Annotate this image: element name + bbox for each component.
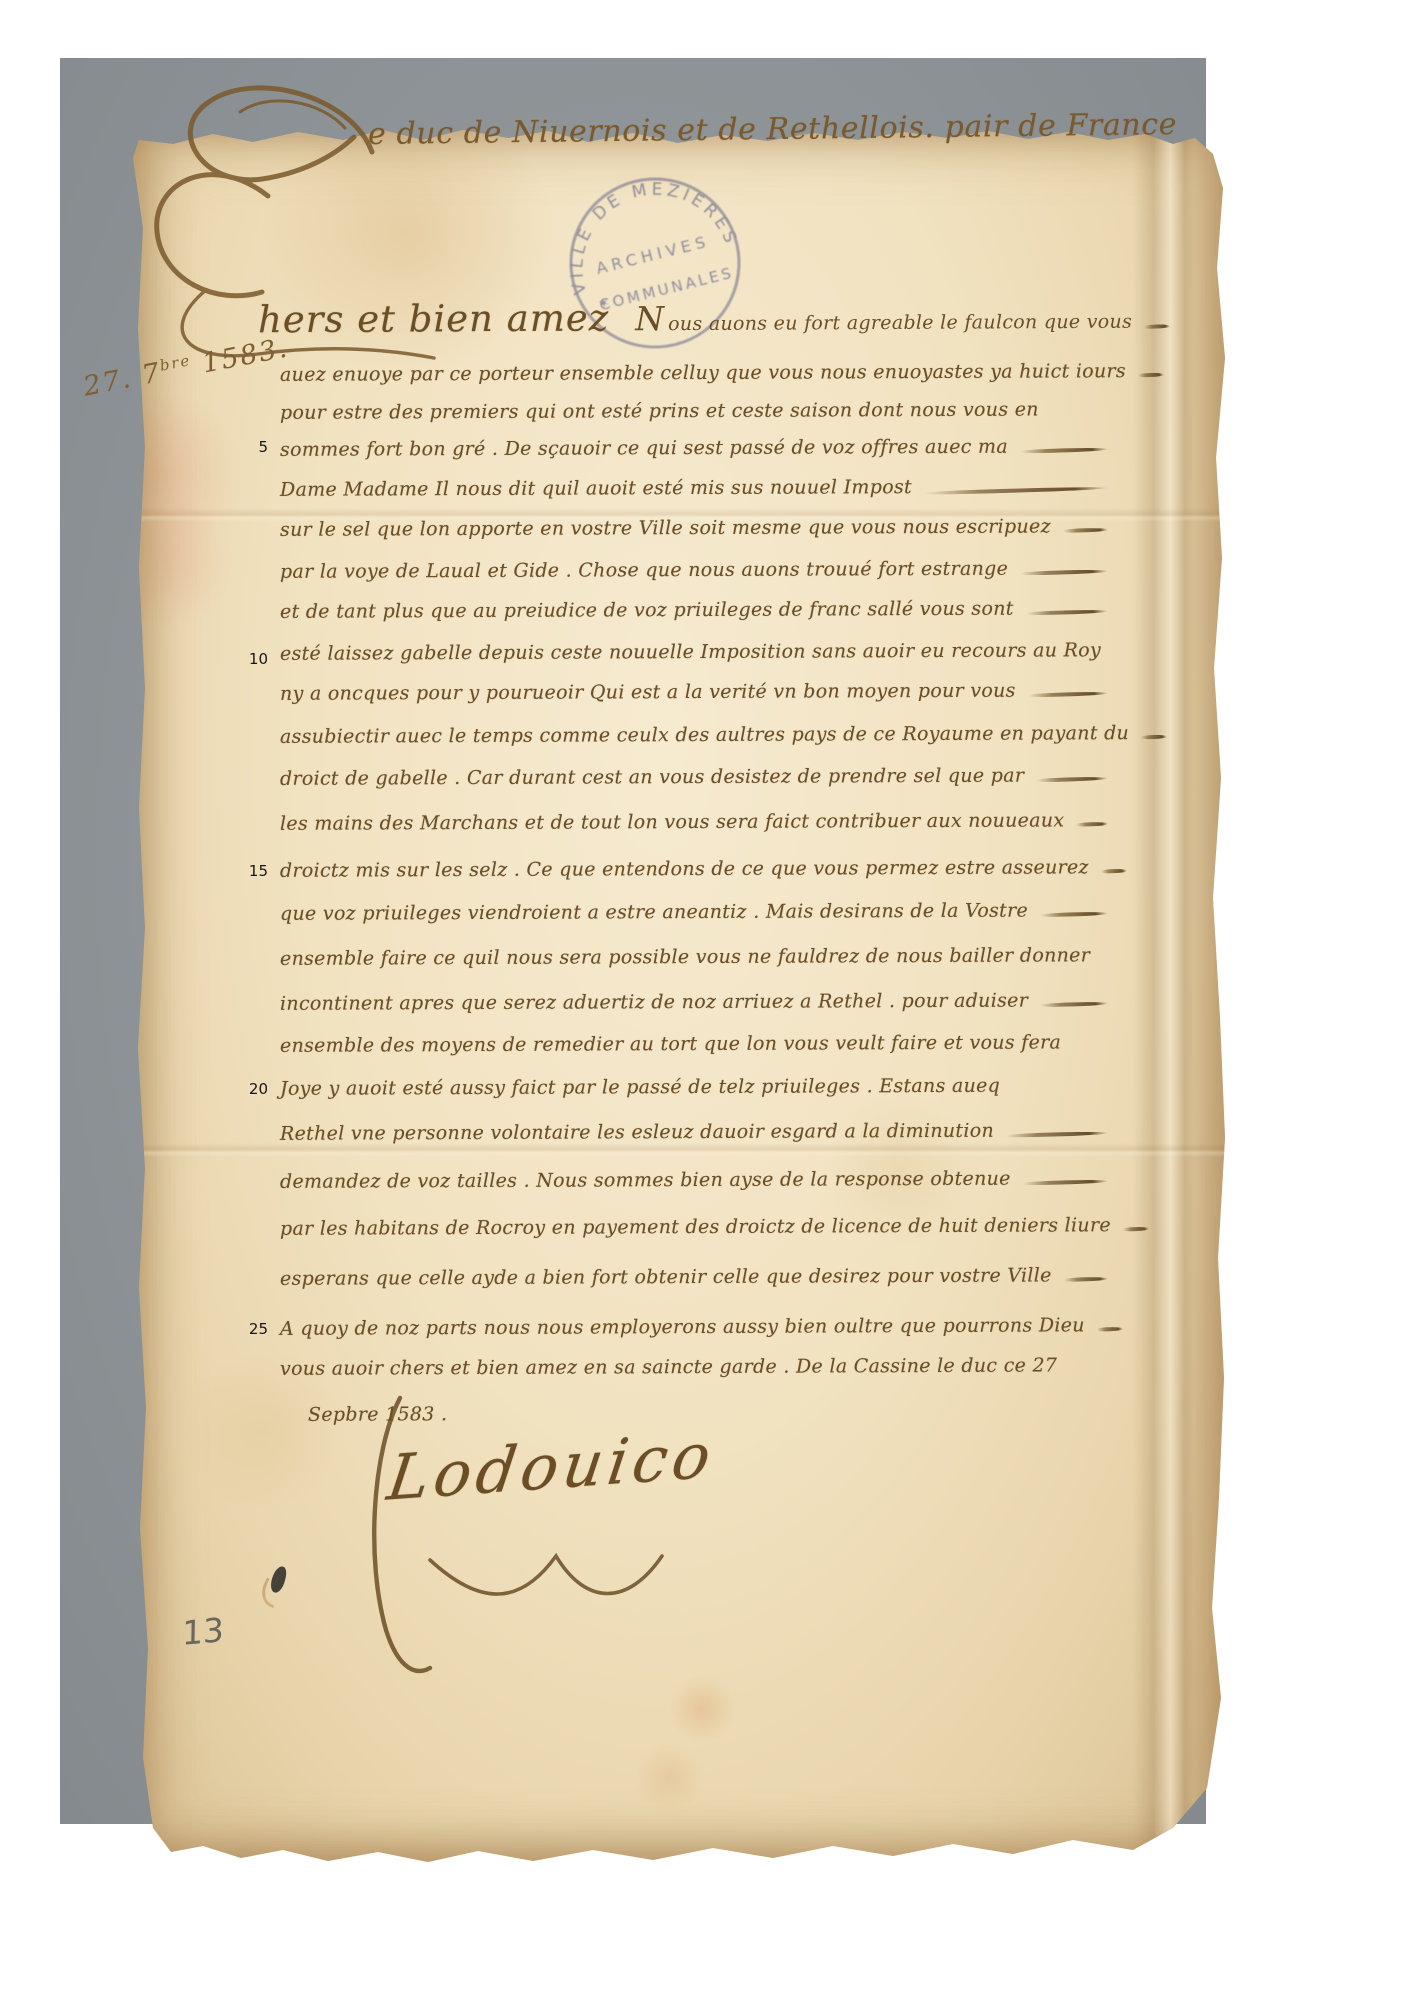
manuscript-line-text: sommes fort bon gré . De sçauoir ce qui … [280, 436, 1008, 461]
manuscript-line: ensemble des moyens de remedier au tort … [280, 1031, 1112, 1057]
manuscript-line-text: A quoy de noz parts nous nous employeron… [280, 1314, 1085, 1340]
manuscript-line: Rethel vne personne volontaire les esleu… [280, 1119, 1112, 1145]
stamp-text-archives: ARCHIVES [594, 231, 712, 278]
vertical-crease [1132, 128, 1194, 1865]
manuscript-line-text: par la voye de Laual et Gide . Chose que… [280, 558, 1008, 583]
line-end-flourish [1023, 1179, 1108, 1185]
line-end-flourish [1006, 1131, 1108, 1138]
horizontal-fold-crease [133, 1143, 1228, 1157]
manuscript-line-text: esperans que celle ayde a bien fort obte… [280, 1264, 1052, 1289]
line-number: 10 [228, 650, 268, 668]
signature: Lodouico [383, 1418, 720, 1515]
line-end-flourish [1028, 691, 1108, 697]
manuscript-line: et de tant plus que au preiudice de voz … [280, 597, 1112, 623]
manuscript-line: droict de gabelle . Car durant cest an v… [280, 764, 1112, 790]
manuscript-line: vous auoir chers et bien amez en sa sain… [280, 1354, 1112, 1380]
line-end-flourish [1036, 776, 1108, 782]
line-end-flourish [1076, 822, 1108, 827]
manuscript-line-text: ensemble faire ce quil nous sera possibl… [280, 944, 1090, 970]
manuscript-line-text: ny a oncques pour y pourueoir Qui est a … [280, 680, 1016, 705]
manuscript-line: que voz priuileges viendroient a estre a… [280, 899, 1112, 925]
manuscript-line: sommes fort bon gré . De sçauoir ce qui … [280, 435, 1112, 461]
manuscript-line-text: les mains des Marchans et de tout lon vo… [280, 809, 1064, 834]
manuscript-line: ny a oncques pour y pourueoir Qui est a … [280, 679, 1112, 705]
manuscript-line-text: droictz mis sur les selz . Ce que entend… [280, 856, 1089, 882]
manuscript-line: esperans que celle ayde a bien fort obte… [280, 1264, 1112, 1290]
manuscript-line: Dame Madame Il nous dit quil auoit esté … [280, 475, 1112, 501]
manuscript-line-text: droict de gabelle . Car durant cest an v… [280, 765, 1024, 790]
manuscript-line-text: sur le sel que lon apporte en vostre Vil… [280, 515, 1051, 540]
manuscript-line: demandez de voz tailles . Nous sommes bi… [280, 1167, 1112, 1193]
opening-initial: N [635, 299, 664, 338]
line-end-flourish [1063, 528, 1108, 533]
manuscript-line: auez enuoye par ce porteur ensemble cell… [280, 360, 1112, 386]
line-number: 25 [228, 1320, 268, 1338]
folio-number: 13 [182, 1610, 225, 1653]
salutation-text: hers et bien amez [258, 296, 609, 341]
manuscript-line: sur le sel que lon apporte en vostre Vil… [280, 515, 1112, 541]
manuscript-line: droictz mis sur les selz . Ce que entend… [280, 856, 1112, 882]
line-number: 20 [228, 1080, 268, 1098]
manuscript-line-text: demandez de voz tailles . Nous sommes bi… [280, 1168, 1011, 1193]
manuscript-line: assubiectir auec le temps comme ceulx de… [280, 722, 1112, 748]
manuscript-line: A quoy de noz parts nous nous employeron… [280, 1314, 1112, 1340]
manuscript-line: incontinent apres que serez aduertiz de … [280, 989, 1112, 1015]
line-number: 5 [228, 438, 268, 456]
manuscript-line: les mains des Marchans et de tout lon vo… [280, 809, 1112, 835]
line-end-flourish [1040, 911, 1108, 917]
manuscript-line: Joye y auoit esté aussy faict par le pas… [280, 1074, 1112, 1100]
line-end-flourish [1064, 1277, 1108, 1282]
manuscript-line: ensemble faire ce quil nous sera possibl… [280, 944, 1112, 970]
manuscript-line: par la voye de Laual et Gide . Chose que… [280, 557, 1112, 583]
signature-block: Lodouico [330, 1392, 790, 1692]
manuscript-line-text: par les habitans de Rocroy en payement d… [280, 1214, 1111, 1240]
manuscript-line-text: et de tant plus que au preiudice de voz … [280, 598, 1014, 623]
line-end-flourish [1020, 569, 1108, 576]
manuscript-line-text: auez enuoye par ce porteur ensemble cell… [280, 360, 1126, 386]
manuscript-line-text: pour estre des premiers qui ont esté pri… [280, 399, 1039, 424]
manuscript-line-text: Joye y auoit esté aussy faict par le pas… [280, 1075, 1000, 1100]
manuscript-line: esté laissez gabelle depuis ceste nouuel… [280, 639, 1112, 665]
manuscript-line-text: ensemble des moyens de remedier au tort … [280, 1031, 1061, 1056]
manuscript-line-text: vous auoir chers et bien amez en sa sain… [280, 1354, 1057, 1379]
line-end-flourish [1026, 609, 1108, 615]
line-end-flourish [1020, 447, 1108, 454]
manuscript-line: par les habitans de Rocroy en payement d… [280, 1214, 1112, 1240]
manuscript-line-text: esté laissez gabelle depuis ceste nouuel… [280, 639, 1101, 665]
manuscript-line: pour estre des premiers qui ont esté pri… [280, 398, 1112, 424]
manuscript-line-text: Dame Madame Il nous dit quil auoit esté … [280, 476, 912, 501]
line-end-flourish [924, 486, 1108, 495]
manuscript-line-text: incontinent apres que serez aduertiz de … [280, 990, 1028, 1015]
scanned-document-page: e duc de Niuernois et de Rethellois. pai… [0, 0, 1414, 2000]
manuscript-line-text: Rethel vne personne volontaire les esleu… [280, 1120, 994, 1145]
manuscript-line-text: que voz priuileges viendroient a estre a… [280, 900, 1028, 925]
salutation-line: hers et bien amez N ous auons eu fort ag… [258, 294, 1118, 342]
line-end-flourish [1040, 1001, 1108, 1007]
opening-text: ous auons eu fort agreable le faulcon qu… [668, 311, 1132, 335]
line-number: 15 [228, 862, 268, 880]
manuscript-line-text: assubiectir auec le temps comme ceulx de… [280, 722, 1129, 748]
